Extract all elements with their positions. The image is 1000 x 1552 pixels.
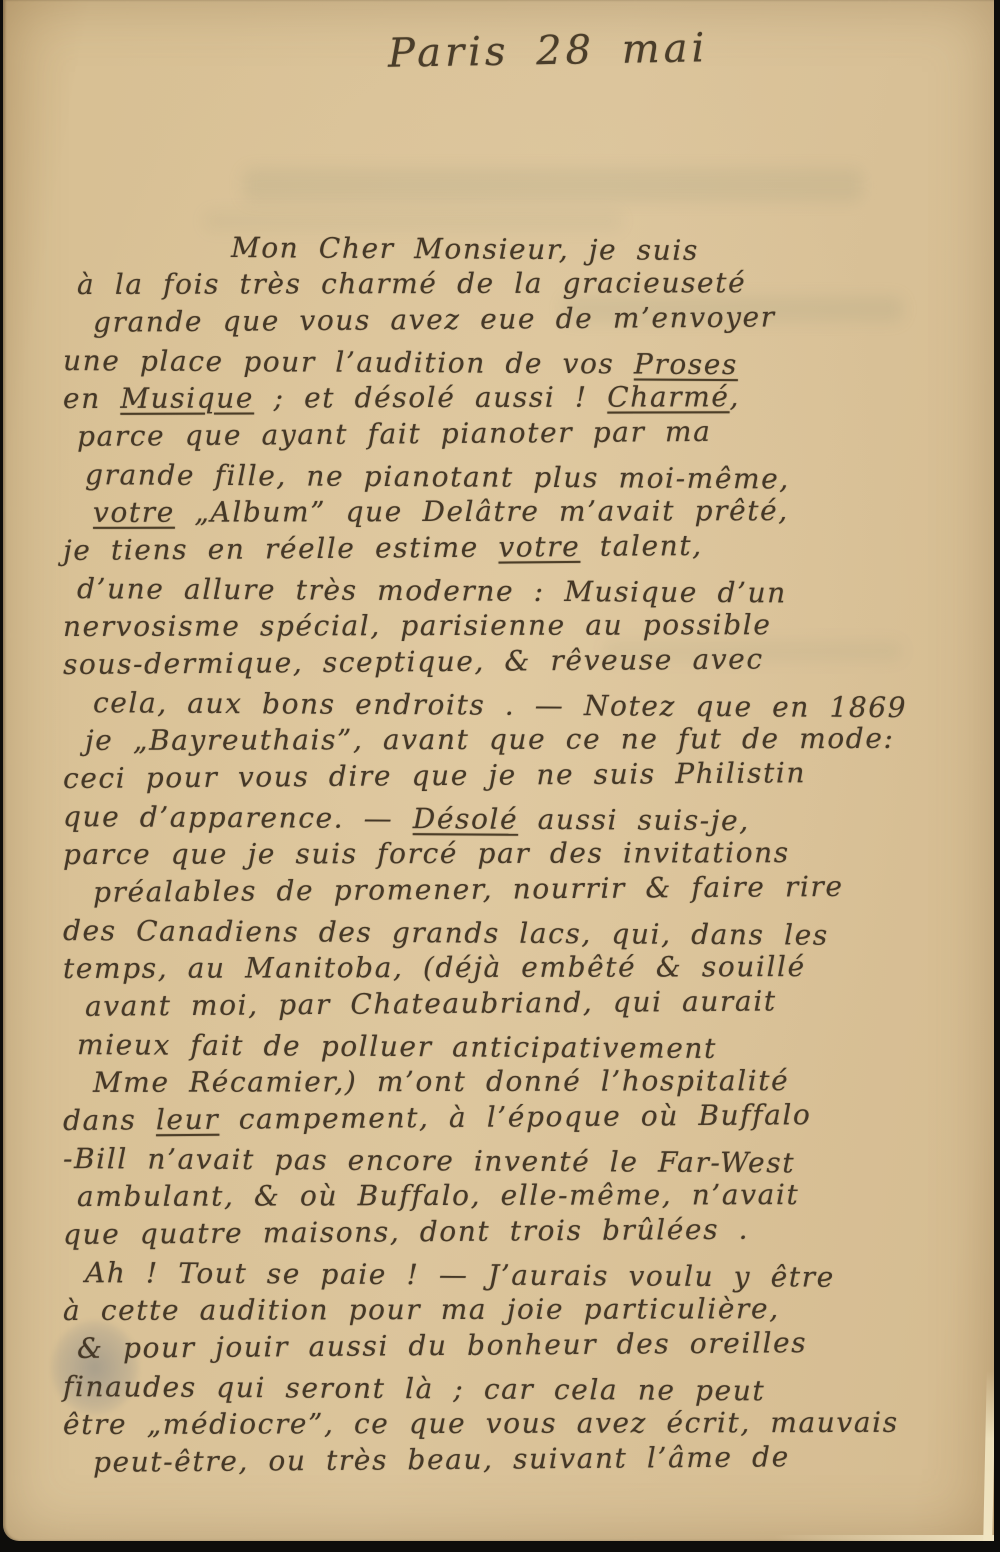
underlined-word: Proses xyxy=(634,347,738,381)
letter-line: préalables de promener, nourrir & faire … xyxy=(63,867,994,912)
letter-line: parce que ayant fait pianoter par ma xyxy=(63,411,994,456)
letter-line: sous-dermique, sceptique, & rêveuse avec xyxy=(63,639,994,684)
scanned-letter-screenshot: { "document": { "type": "handwritten-let… xyxy=(0,0,1000,1552)
dateline: Paris 28 mai xyxy=(388,25,709,77)
letter-body: Mon Cher Monsieur, je suisà la fois très… xyxy=(63,228,994,1482)
underlined-word: Charmé xyxy=(607,380,729,413)
letter-line: & pour jouir aussi du bonheur des oreill… xyxy=(63,1323,994,1368)
underlined-word: leur xyxy=(156,1103,220,1136)
paper-edge xyxy=(774,1535,994,1541)
underlined-word: Musique xyxy=(120,381,254,414)
letter-line: avant moi, par Chateaubriand, qui aurait xyxy=(63,981,994,1026)
underlined-word: votre xyxy=(93,496,175,529)
letter-line: grande que vous avez eue de m’envoyer xyxy=(63,297,994,342)
letter-line: je tiens en réelle estime votre talent, xyxy=(63,525,994,570)
verso-showthrough-mark xyxy=(243,168,863,202)
letter-line: dans leur campement, à l’époque où Buffa… xyxy=(63,1095,994,1140)
letter-line: peut-être, ou très beau, suivant l’âme d… xyxy=(63,1437,994,1482)
underlined-word: Désolé xyxy=(413,802,519,836)
letter-line: ceci pour vous dire que je ne suis Phili… xyxy=(63,753,994,798)
letter-line: que quatre maisons, dont trois brûlées . xyxy=(63,1209,994,1254)
letter-page: Paris 28 mai Mon Cher Monsieur, je suisà… xyxy=(3,0,994,1541)
underlined-word: votre xyxy=(498,530,580,564)
